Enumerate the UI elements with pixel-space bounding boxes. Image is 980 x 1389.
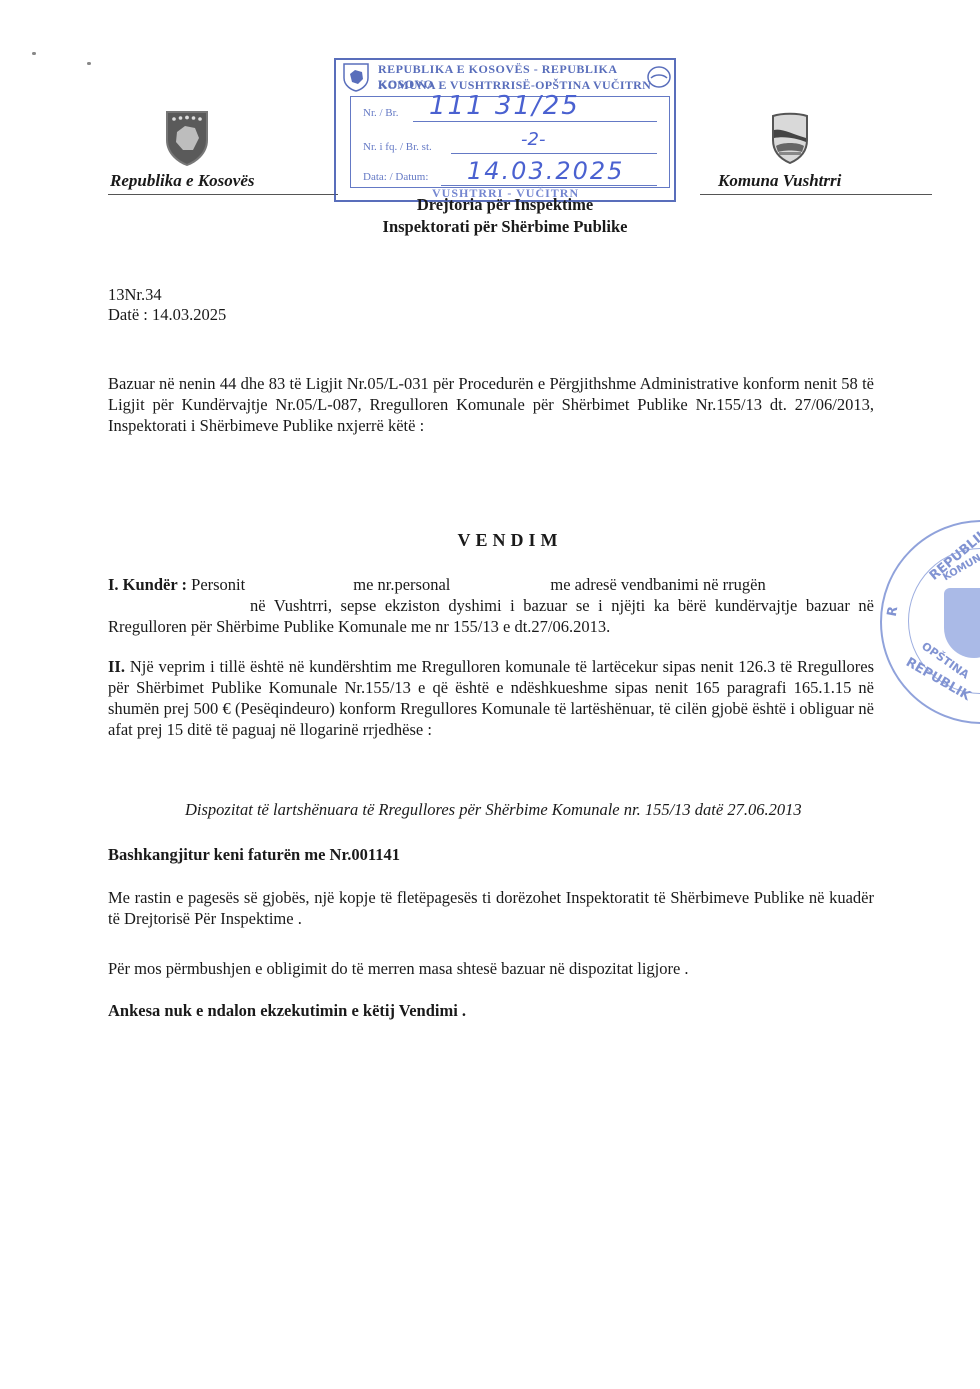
appeal-paragraph: Ankesa nuk e ndalon ekzekutimin e këtij …: [108, 1000, 874, 1021]
stamp-nr-label: Nr. / Br.: [363, 107, 398, 119]
stamp-date-value: 14.03.2025: [467, 157, 624, 185]
inspectorate-heading: Inspektorati për Shërbime Publike: [0, 217, 980, 237]
reference-number: 13Nr.34: [108, 285, 162, 305]
section-1-personal-id: me nr.personal: [353, 575, 450, 594]
stamp-kosovo-crest-icon: [342, 62, 370, 92]
scan-speck: [87, 62, 91, 65]
reference-date: Datë : 14.03.2025: [108, 305, 226, 325]
stamp-nr-value: 111 31/25: [429, 91, 580, 121]
stamp-pages-line: [451, 153, 657, 154]
vushtrri-municipality-emblem-icon: [770, 112, 810, 164]
municipality-title: Komuna Vushtrri: [718, 171, 841, 191]
obligation-paragraph: Për mos përmbushjen e obligimit do të me…: [108, 958, 874, 979]
section-2: II. Një veprim i tillë është në kundërsh…: [108, 656, 874, 740]
department-heading: Drejtoria për Inspektime: [0, 195, 980, 215]
provisions-note: Dispozitat të lartshënuara të Rregullore…: [185, 800, 802, 820]
seal-left-text: R: [885, 605, 902, 617]
stamp-municipality-emblem-icon: [646, 64, 672, 90]
section-1-label: I. Kundër :: [108, 575, 187, 594]
republic-title: Republika e Kosovës: [110, 171, 255, 191]
decision-title: VENDIM: [0, 530, 980, 551]
section-2-body: Një veprim i tillë është në kundërshtim …: [108, 657, 874, 739]
section-1-address: me adresë vendbanimi në rrugën: [550, 575, 765, 594]
payment-copy-paragraph: Me rastin e pagesës së gjobës, një kopje…: [108, 887, 874, 929]
stamp-nr-line: [413, 121, 657, 122]
stamp-pages-value: -2-: [521, 129, 545, 150]
kosovo-coat-of-arms-icon: [165, 110, 209, 166]
scan-speck: [32, 52, 36, 55]
section-1: I. Kundër : Personitme nr.personalme adr…: [108, 574, 874, 637]
invoice-attachment: Bashkangjitur keni faturën me Nr.001141: [108, 845, 400, 865]
stamp-date-label: Data: / Datum:: [363, 171, 428, 183]
stamp-frame: Nr. / Br. 111 31/25 Nr. i fq. / Br. st. …: [350, 96, 670, 188]
legal-basis-paragraph: Bazuar në nenin 44 dhe 83 të Ligjit Nr.0…: [108, 373, 874, 436]
registry-stamp: REPUBLIKA E KOSOVËS - REPUBLIKA KOSOVO K…: [334, 58, 676, 202]
stamp-pages-label: Nr. i fq. / Br. st.: [363, 141, 432, 153]
section-1-body: në Vushtrri, sepse ekziston dyshimi i ba…: [108, 596, 874, 636]
section-2-label: II.: [108, 657, 125, 676]
section-1-person: Personit: [191, 575, 245, 594]
